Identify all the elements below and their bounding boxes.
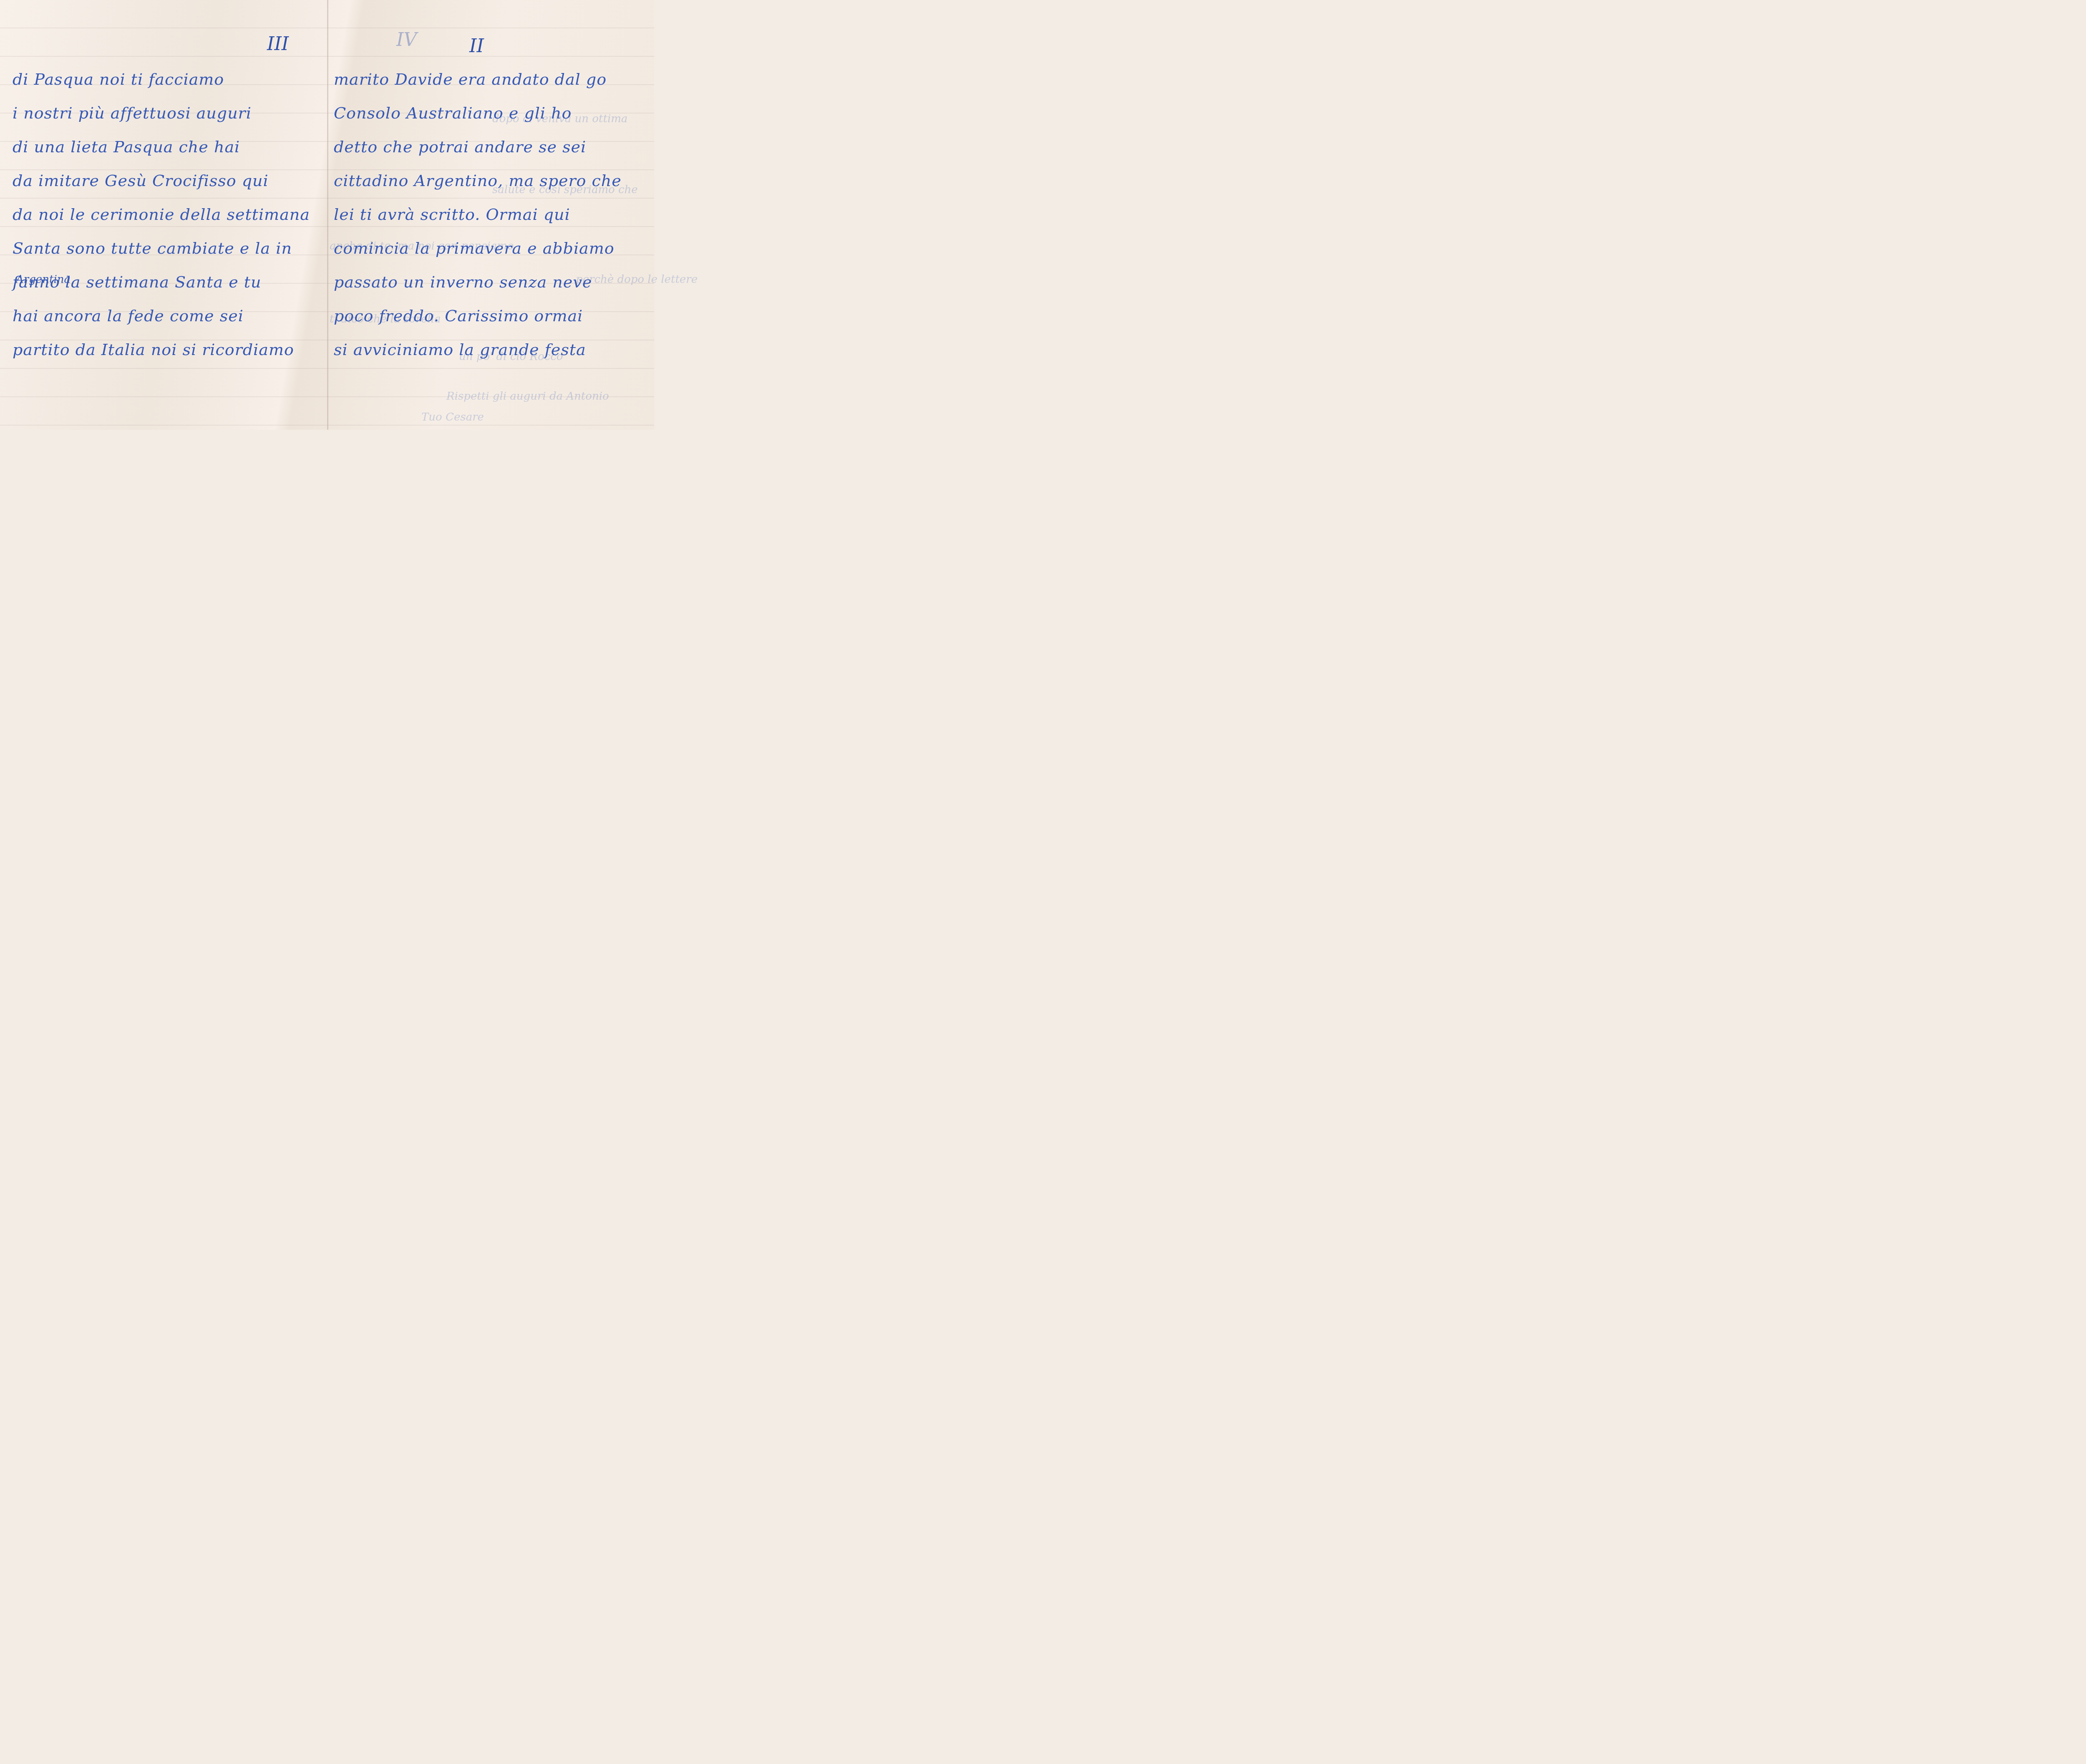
letter-line: partito da Italia noi si ricordiamo (13, 333, 330, 367)
letter-line: lei ti avrà scritto. Ormai qui (334, 198, 651, 232)
bleed-through-text: Rispetti gli auguri da Antonio (446, 390, 609, 403)
letter-line: passato un inverno senza neve (334, 265, 651, 299)
page-number-faded: IV (396, 29, 417, 50)
letter-line: hai ancora la fede come sei (13, 299, 330, 333)
letter-line: si avviciniamo la grande festa (334, 333, 651, 367)
letter-line: Santa sono tutte cambiate e la in (13, 232, 330, 265)
letter-line: detto che potrai andare se sei (334, 130, 651, 164)
letter-line: di Pasqua noi ti facciamo (13, 63, 330, 96)
letter-line: Consolo Australiano e gli ho (334, 96, 651, 130)
interlinear-note: Argentina (16, 273, 71, 286)
letter-line: i nostri più affettuosi auguri (13, 96, 330, 130)
left-page-text: di Pasqua noi ti facciamo i nostri più a… (13, 63, 330, 367)
letter-line: poco freddo. Carissimo ormai (334, 299, 651, 333)
letter-line: di una lieta Pasqua che hai (13, 130, 330, 164)
letter-line: marito Davide era andato dal go (334, 63, 651, 96)
letter-line: da imitare Gesù Crocifisso qui (13, 164, 330, 198)
letter-line: da noi le cerimonie della settimana (13, 198, 330, 232)
letter-line: cittadino Argentino, ma spero che (334, 164, 651, 198)
letter-line: comincia la primavera e abbiamo (334, 232, 651, 265)
page-number-left: III (267, 33, 289, 55)
right-page-text: marito Davide era andato dal go Consolo … (334, 63, 651, 367)
page-number-right: II (469, 35, 484, 57)
letter-sheet: III IV II dopo ci veniva un ottima salut… (0, 0, 654, 430)
bleed-through-text: Tuo Cesare (421, 411, 484, 423)
